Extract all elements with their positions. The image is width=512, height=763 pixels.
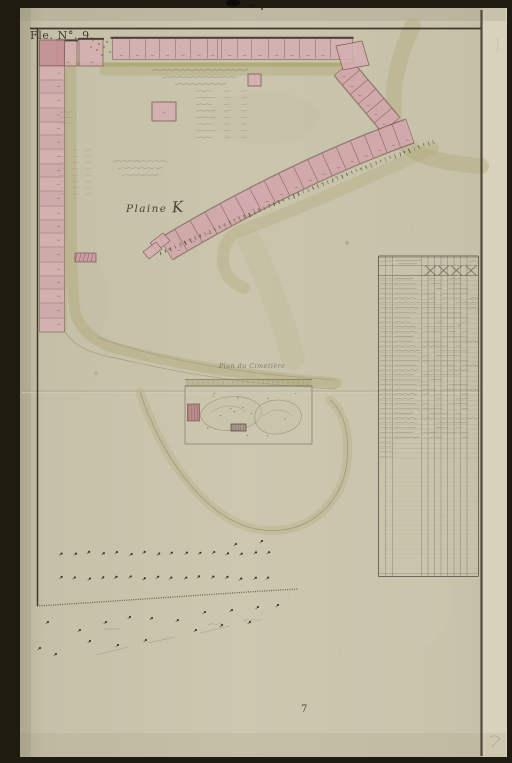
inset-garden-plan [185,380,312,445]
plaine-word: Plaine [126,203,167,215]
plaine-letter: K [172,198,186,217]
plaine-k-label: Plaine K [126,198,185,216]
page-number: 7 [301,704,307,715]
scanned-plan-sheet: Fle. N°. 9. Plaine K Plan du Cimetière 7 [0,0,512,763]
sheet-number-label: Fle. N°. 9. [30,29,94,42]
plan-drawing [0,0,512,763]
inset-plan-title: Plan du Cimetière [219,362,285,370]
